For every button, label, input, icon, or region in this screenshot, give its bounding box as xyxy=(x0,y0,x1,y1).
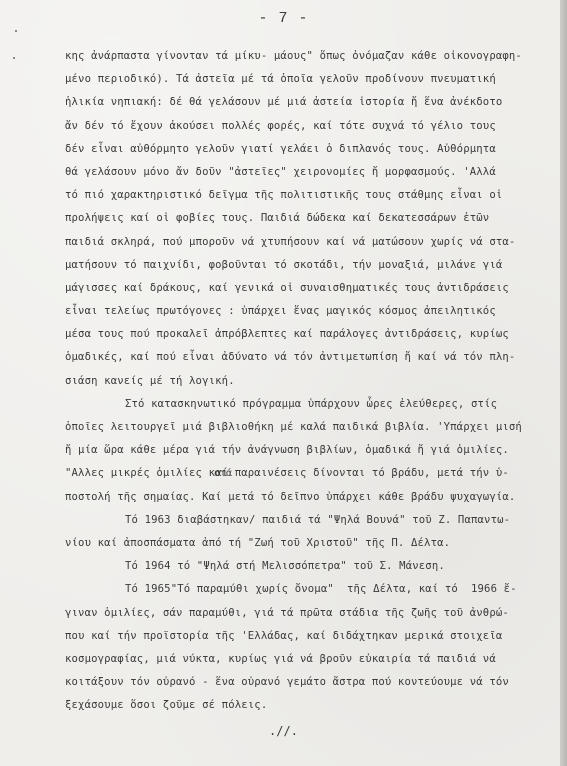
text-line: μάγισσες καί δράκους, καί γενικά οἱ συνα… xyxy=(65,277,565,300)
margin-speck xyxy=(13,57,15,59)
text-line: τό πιό χαρακτηριστικό δεῖγμα τῆς πολιτισ… xyxy=(65,184,565,207)
text-line: ὁποῖες λειτουργεῖ μιά βιβλιοθήκη μέ καλά… xyxy=(65,416,565,439)
text-line: νίου καί ἀποσπάσματα ἀπό τή "Ζωή τοῦ Χρι… xyxy=(65,532,565,555)
end-mark: .//. xyxy=(0,724,567,738)
text-line: ἤ μία ὥρα κάθε μέρα γιά τήν ἀνάγνωση βιβ… xyxy=(65,439,565,462)
text-line: ματήσουν τό παιχνίδι, φοβοῦνται τό σκοτά… xyxy=(65,254,565,277)
text-line: ξεχάσουμε ὅσοι ζοῦμε σέ πόλεις. xyxy=(65,694,565,717)
text-line: κοσμογραφίας, μιά νύκτα, κυρίως γιά νά β… xyxy=(65,648,565,671)
text-line: ποστολή τῆς σημαίας. Καί μετά τό δεῖπνο … xyxy=(65,486,565,509)
text-line: που καί τήν προϊστορία τῆς 'Ελλάδας, καί… xyxy=(65,625,565,648)
text-line: παιδιά σκληρά, πού μποροῦν νά χτυπήσουν … xyxy=(65,231,565,254)
text-line: προλήψεις καί οἱ φοβίες τους. Παιδιά δώδ… xyxy=(65,207,565,230)
text-line: εἶναι τελείως πρωτόγονες : ὑπάρχει ἕνας … xyxy=(65,300,565,323)
text-line: κης ἀνάρπαστα γίνονταν τά μίκυ- μάους" ὅ… xyxy=(65,45,565,68)
paragraph-start-line: Τό 1964 τό "Ψηλά στή Μελισσόπετρα" τοῦ Σ… xyxy=(65,555,565,578)
text-line: ἡλικία νηπιακή: δέ θά γελάσουν μέ μιά ἀσ… xyxy=(65,91,565,114)
text-line: μέσα τους πού προκαλεῖ ἀπρόβλεπτες καί π… xyxy=(65,323,565,346)
text-line: ὁμαδικές, καί πού εἶναι ἀδύνατο νά τόν ἀ… xyxy=(65,346,565,369)
text-line: "Αλλες μικρές ὁμιλίες καί παραινέσεις δί… xyxy=(65,462,565,485)
handwritten-insertion: στά xyxy=(214,468,232,479)
text-line: δέν εἶναι αὐθόρμητο γελοῦν γιατί γελάει … xyxy=(65,138,565,161)
document-page: - 7 - κης ἀνάρπαστα γίνονταν τά μίκυ- μά… xyxy=(0,0,560,766)
text-line: μένο περιοδικό). Τά ἀστεῖα μέ τά ὁποῖα γ… xyxy=(65,68,565,91)
text-line: σιάση κανείς μέ τή λογική. xyxy=(65,370,565,393)
margin-speck xyxy=(15,30,17,32)
text-line: γιναν ὁμιλίες, σάν παραμύθι, γιά τά πρῶτ… xyxy=(65,602,565,625)
paragraph-start-line: Στό κατασκηνωτικό πρόγραμμα ὑπάρχουν ὧρε… xyxy=(65,393,565,416)
paper-edge xyxy=(560,0,567,766)
text-line: κοιτάξουν τόν οὐρανό - ἕνα οὐρανό γεμάτο… xyxy=(65,671,565,694)
body-text: κης ἀνάρπαστα γίνονταν τά μίκυ- μάους" ὅ… xyxy=(65,45,565,717)
text-line: θά γελάσουν μόνο ἄν δοῦν "ἀστεῖες" χειρο… xyxy=(65,161,565,184)
text-line: ἄν δέν τό ἔχουν ἀκούσει πολλές φορές, κα… xyxy=(65,115,565,138)
page-number: - 7 - xyxy=(0,10,567,27)
paragraph-start-line: Τό 1965"Τό παραμύθι χωρίς ὄνομα" τῆς Δέλ… xyxy=(65,578,565,601)
paragraph-start-line: Τό 1963 διαβάστηκαν/ παιδιά τά "Ψηλά Βου… xyxy=(65,509,565,532)
